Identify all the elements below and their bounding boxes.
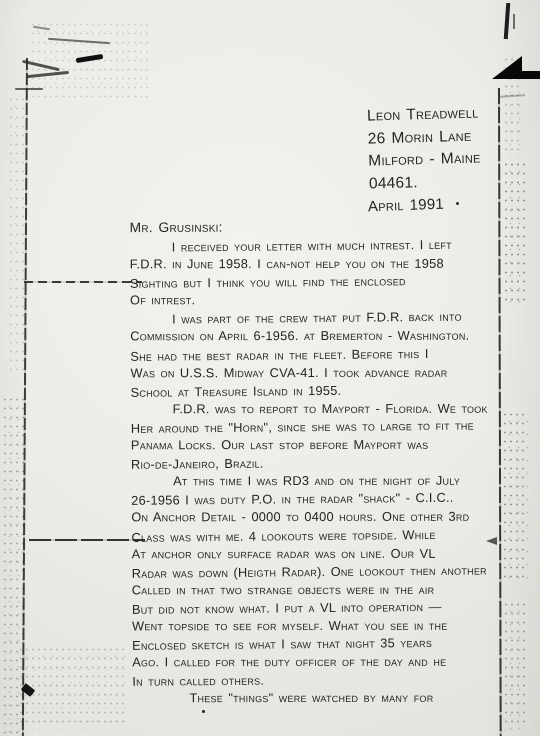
letter-line: I received your letter with much intrest… bbox=[130, 235, 516, 257]
letter-body: Mr. Grusinski: I received your letter wi… bbox=[130, 216, 519, 709]
letter-line: These "things" were watched by many for bbox=[132, 689, 518, 708]
edge-noise bbox=[8, 95, 24, 375]
edge-noise bbox=[18, 645, 128, 730]
scanned-letter-page: Leon Treadwell 26 Morin Lane Milford - M… bbox=[0, 0, 540, 736]
letter-line: Her around the "Horn", since she was to … bbox=[131, 416, 517, 438]
letter-line: She had the best radar in the fleet. Bef… bbox=[130, 344, 516, 366]
letter-line: Class was with me. 4 lookouts were topsi… bbox=[131, 525, 517, 547]
letter-line: School at Treasure Island in 1955. bbox=[130, 380, 516, 402]
letter-line: But did not know what. I put a VL into o… bbox=[132, 597, 518, 619]
sender-street: 26 Morin Lane bbox=[367, 125, 480, 151]
letter-line: Enclosed sketch is what I saw that night… bbox=[132, 633, 518, 655]
edge-noise bbox=[30, 20, 150, 100]
letter-line: Was on U.S.S. Midway CVA-41. I took adva… bbox=[130, 363, 516, 382]
sender-name: Leon Treadwell bbox=[367, 102, 480, 128]
letter-line: Panama Locks. Our last stop before Maypo… bbox=[131, 436, 517, 455]
letter-line: Went topside to see for myself. What you… bbox=[132, 617, 518, 636]
scan-mark bbox=[504, 3, 511, 39]
letter-date: April 1991 bbox=[368, 196, 445, 216]
sender-city-state: Milford - Maine bbox=[368, 148, 481, 174]
sender-postal-code: 04461. bbox=[369, 170, 482, 196]
letter-line: F.D.R. was to report to Mayport - Florid… bbox=[131, 400, 517, 419]
letter-line: On Anchor Detail - 0000 to 0400 hours. O… bbox=[131, 508, 517, 527]
letter-line: Commission on April 6-1956. at Bremerton… bbox=[130, 327, 516, 346]
ink-dot bbox=[202, 710, 205, 713]
sender-address-block: Leon Treadwell 26 Morin Lane Milford - M… bbox=[367, 102, 482, 195]
edge-noise bbox=[503, 55, 521, 150]
scan-mark bbox=[513, 14, 515, 29]
letter-line: At anchor only surface radar was on line… bbox=[132, 544, 518, 563]
letter-line: Radar was down (Heigth Radar). One looko… bbox=[132, 561, 518, 583]
horizontal-rule-mark-2 bbox=[29, 539, 145, 541]
horizontal-rule-mark-1 bbox=[24, 281, 142, 283]
ink-dot bbox=[456, 202, 459, 205]
letter-line: Called in that two strange objects were … bbox=[132, 580, 518, 599]
